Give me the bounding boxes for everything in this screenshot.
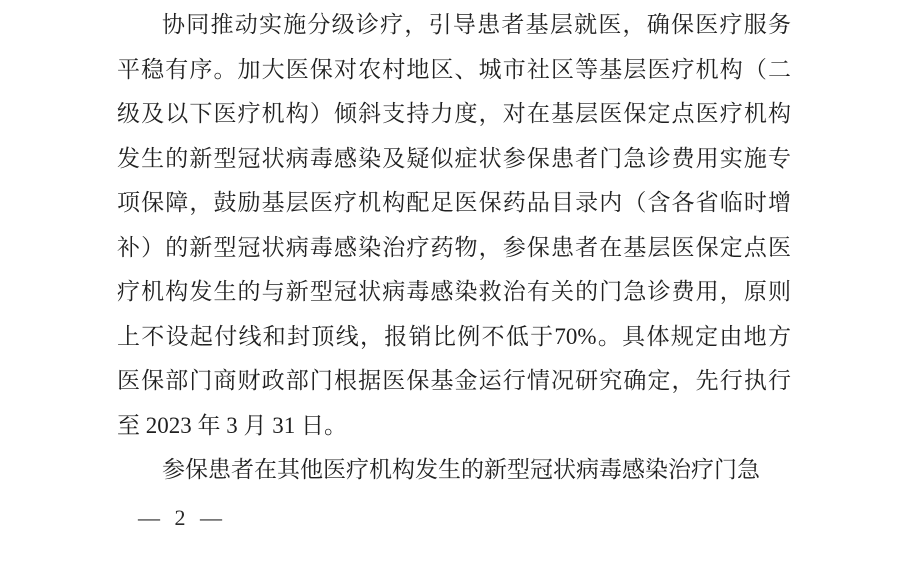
text-line: 级及以下医疗机构）倾斜支持力度，对在基层医保定点医疗机构	[117, 92, 791, 137]
text-line: 上不设起付线和封顶线，报销比例不低于70%。具体规定由地方	[117, 315, 791, 360]
text-line: 协同推动实施分级诊疗，引导患者基层就医，确保医疗服务	[117, 3, 791, 48]
document-page: 协同推动实施分级诊疗，引导患者基层就医，确保医疗服务 平稳有序。加大医保对农村地…	[0, 0, 900, 563]
text-line: 参保患者在其他医疗机构发生的新型冠状病毒感染治疗门急	[117, 448, 791, 493]
page-number: — 2 —	[138, 503, 222, 533]
text-line: 疗机构发生的与新型冠状病毒感染救治有关的门急诊费用，原则	[117, 270, 791, 315]
text-line: 医保部门商财政部门根据医保基金运行情况研究确定，先行执行	[117, 359, 791, 404]
text-line: 至 2023 年 3 月 31 日。	[117, 404, 791, 449]
text-line: 项保障，鼓励基层医疗机构配足医保药品目录内（含各省临时增	[117, 181, 791, 226]
text-line: 补）的新型冠状病毒感染治疗药物，参保患者在基层医保定点医	[117, 226, 791, 271]
text-line: 发生的新型冠状病毒感染及疑似症状参保患者门急诊费用实施专	[117, 137, 791, 182]
body-text: 协同推动实施分级诊疗，引导患者基层就医，确保医疗服务 平稳有序。加大医保对农村地…	[117, 3, 791, 493]
text-line: 平稳有序。加大医保对农村地区、城市社区等基层医疗机构（二	[117, 48, 791, 93]
